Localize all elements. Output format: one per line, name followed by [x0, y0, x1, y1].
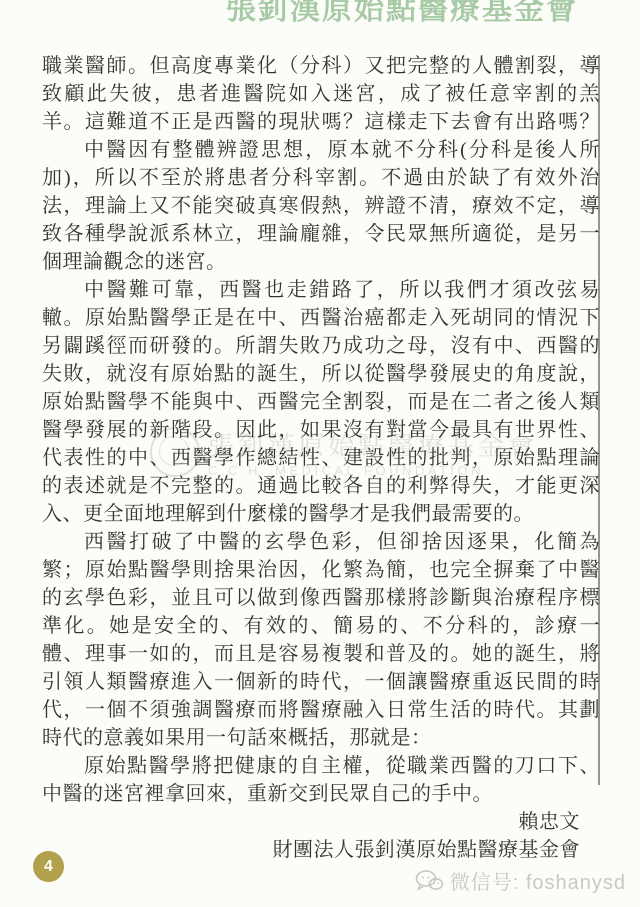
text-line: 中醫的迷宮裡拿回來，重新交到民眾自己的手中。 — [42, 780, 600, 808]
text-line: 致顧此失彼，患者進醫院如入迷宮，成了被任意宰割的羔 — [42, 80, 600, 108]
page-number-badge: 4 — [33, 851, 64, 882]
text-line: 引領人類醫療進入一個新的時代，一個讓醫療重返民間的時 — [42, 668, 600, 696]
text-line: 西醫打破了中醫的玄學色彩，但卻捨因逐果，化簡為 — [42, 528, 600, 556]
text-line: 入、更全面地理解到什麼樣的醫學才是我們最需要的。 — [42, 500, 600, 528]
text-line: 法，理論上又不能突破真寒假熱，辨證不清，療效不定，導 — [42, 192, 600, 220]
text-line: 職業醫師。但高度專業化（分科）又把完整的人體割裂，導 — [42, 52, 600, 80]
book-page: 張釗漢原始點醫療基金會 張釗漢原始點醫療基金會 C.C.H. MEDICAL F… — [0, 0, 640, 907]
wechat-id-label: 微信号: foshanysd — [450, 866, 626, 895]
text-line: 代，一個不須強調醫療而將醫療融入日常生活的時代。其劃 — [42, 696, 600, 724]
text-line: 的玄學色彩，並且可以做到像西醫那樣將診斷與治療程序標 — [42, 584, 600, 612]
text-line: 失敗，就沒有原始點的誕生，所以從醫學發展史的角度說， — [42, 360, 600, 388]
page-number: 4 — [44, 858, 53, 876]
text-line: 體、理事一如的，而且是容易複製和普及的。她的誕生，將 — [42, 640, 600, 668]
scan-edge-line — [598, 55, 600, 785]
text-line: 繁；原始點醫學則捨果治因，化繁為簡，也完全摒棄了中醫 — [42, 556, 600, 584]
wechat-footer: 微信号: foshanysd — [414, 866, 626, 895]
top-watermark-text: 張釗漢原始點醫療基金會 — [226, 0, 578, 28]
wechat-icon — [414, 869, 444, 893]
signature-block: 賴忠文 財團法人張釗漢原始點醫療基金會 — [42, 808, 600, 864]
signature-organization: 財團法人張釗漢原始點醫療基金會 — [42, 836, 600, 864]
page-body: 職業醫師。但高度專業化（分科）又把完整的人體割裂，導 致顧此失彼，患者進醫院如入… — [42, 52, 600, 864]
signature-name: 賴忠文 — [42, 808, 600, 836]
text-line: 的表述就是不完整的。通過比較各自的利弊得失，才能更深 — [42, 472, 600, 500]
text-line: 轍。原始點醫學正是在中、西醫治癌都走入死胡同的情況下 — [42, 304, 600, 332]
text-line: 羊。這難道不正是西醫的現狀嗎？這樣走下去會有出路嗎？ — [42, 108, 600, 136]
text-line: 準化。她是安全的、有效的、簡易的、不分科的，診療一 — [42, 612, 600, 640]
text-line: 加)，所以不至於將患者分科宰割。不過由於缺了有效外治 — [42, 164, 600, 192]
text-line: 另闢蹊徑而研發的。所謂失敗乃成功之母，沒有中、西醫的 — [42, 332, 600, 360]
text-line: 醫學發展的新階段。因此，如果沒有對當今最具有世界性、 — [42, 416, 600, 444]
text-line: 致各種學說派系林立，理論龐雜，令民眾無所適從，是另一 — [42, 220, 600, 248]
text-line: 時代的意義如果用一句話來概括，那就是： — [42, 724, 600, 752]
text-line: 原始點醫學將把健康的自主權，從職業西醫的刀口下、 — [42, 752, 600, 780]
text-line: 代表性的中、西醫學作總結性、建設性的批判，原始點理論 — [42, 444, 600, 472]
text-line: 中醫難可靠，西醫也走錯路了，所以我們才須改弦易 — [42, 276, 600, 304]
text-line: 個理論觀念的迷宮。 — [42, 248, 600, 276]
text-line: 中醫因有整體辨證思想，原本就不分科(分科是後人所 — [42, 136, 600, 164]
text-line: 原始點醫學不能與中、西醫完全割裂，而是在二者之後人類 — [42, 388, 600, 416]
